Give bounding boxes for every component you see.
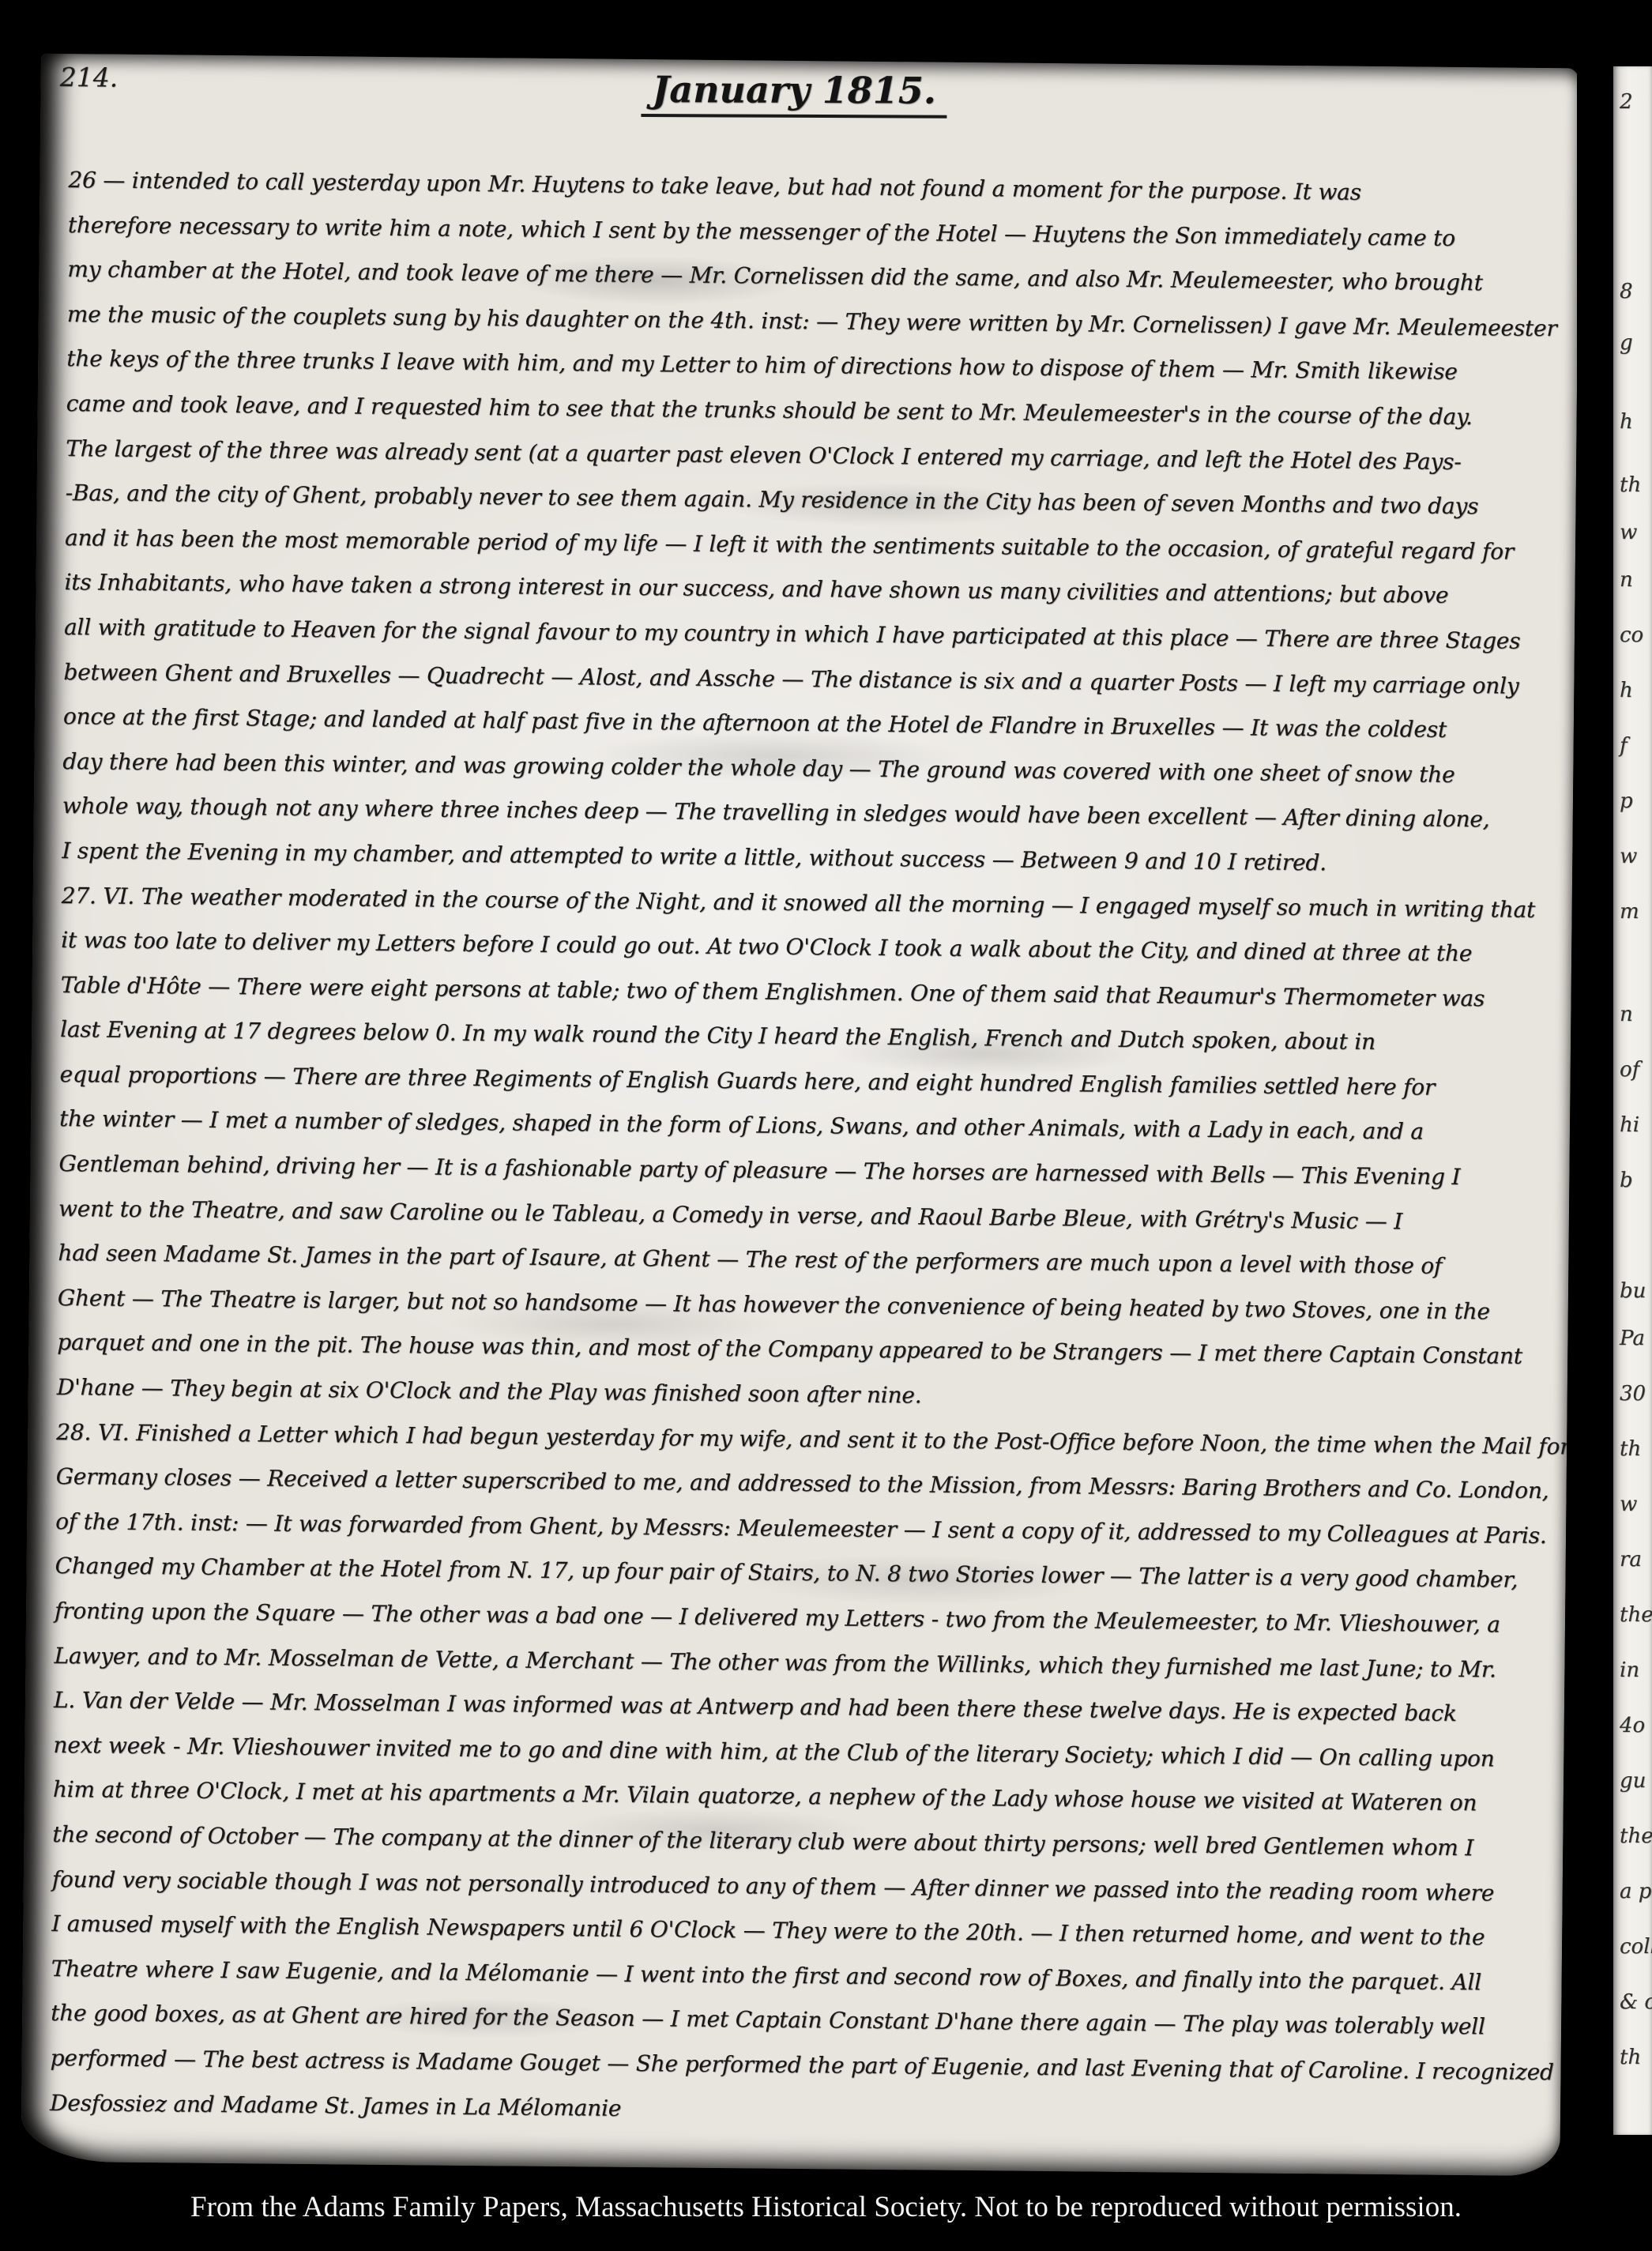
edge-text-fragment: a p <box>1620 1880 1651 1903</box>
edge-text-fragment: 30 <box>1620 1382 1646 1406</box>
archive-caption: From the Adams Family Papers, Massachuse… <box>0 2190 1652 2224</box>
edge-text-fragment: h <box>1620 679 1633 702</box>
edge-text-fragment: th <box>1620 1437 1641 1461</box>
edge-text-fragment: 8 <box>1620 280 1633 303</box>
edge-text-fragment: th <box>1620 2046 1641 2069</box>
edge-text-fragment: bu <box>1620 1279 1646 1303</box>
page-title: January 1815. <box>642 68 948 119</box>
edge-text-fragment: coll <box>1620 1935 1652 1959</box>
edge-text-fragment: p <box>1620 789 1633 813</box>
edge-text-fragment: w <box>1620 845 1637 868</box>
edge-text-fragment: h <box>1620 410 1633 434</box>
edge-text-fragment: gu <box>1620 1769 1646 1793</box>
edge-text-fragment: g <box>1620 331 1633 355</box>
edge-text-fragment: of <box>1620 1058 1639 1082</box>
edge-text-fragment: w <box>1620 521 1637 544</box>
edge-text-fragment: f <box>1620 734 1628 758</box>
edge-text-fragment: hi <box>1620 1113 1639 1137</box>
edge-text-fragment: n <box>1620 1003 1633 1026</box>
edge-text-fragment: n <box>1620 568 1633 592</box>
edge-text-fragment: w <box>1620 1493 1637 1516</box>
manuscript-text: 26 — intended to call yesterday upon Mr.… <box>50 158 1573 2140</box>
edge-text-fragment: b <box>1620 1169 1633 1192</box>
page-edge-gap <box>1577 0 1613 2251</box>
manuscript-page: 214. January 1815. 26 — intended to call… <box>21 54 1580 2177</box>
edge-text-fragment: the <box>1620 1603 1652 1627</box>
edge-text-fragment: 4o <box>1620 1714 1645 1737</box>
edge-text-fragment: the <box>1620 1824 1652 1848</box>
page-title-row: January 1815. <box>40 62 1549 125</box>
adjacent-page-sliver: 28ghthwncohfpwmnofhibbuPa30thwrathein4og… <box>1613 66 1652 2135</box>
edge-text-fragment: m <box>1620 900 1639 924</box>
edge-text-fragment: in <box>1620 1658 1639 1682</box>
edge-text-fragment: th <box>1620 473 1641 497</box>
edge-text-fragment: co <box>1620 623 1643 647</box>
scan-background: 214. January 1815. 26 — intended to call… <box>0 0 1652 2251</box>
edge-text-fragment: Pa <box>1620 1327 1645 1350</box>
edge-text-fragment: & co <box>1620 1990 1652 2014</box>
edge-text-fragment: 2 <box>1620 90 1633 114</box>
edge-text-fragment: ra <box>1620 1548 1642 1572</box>
